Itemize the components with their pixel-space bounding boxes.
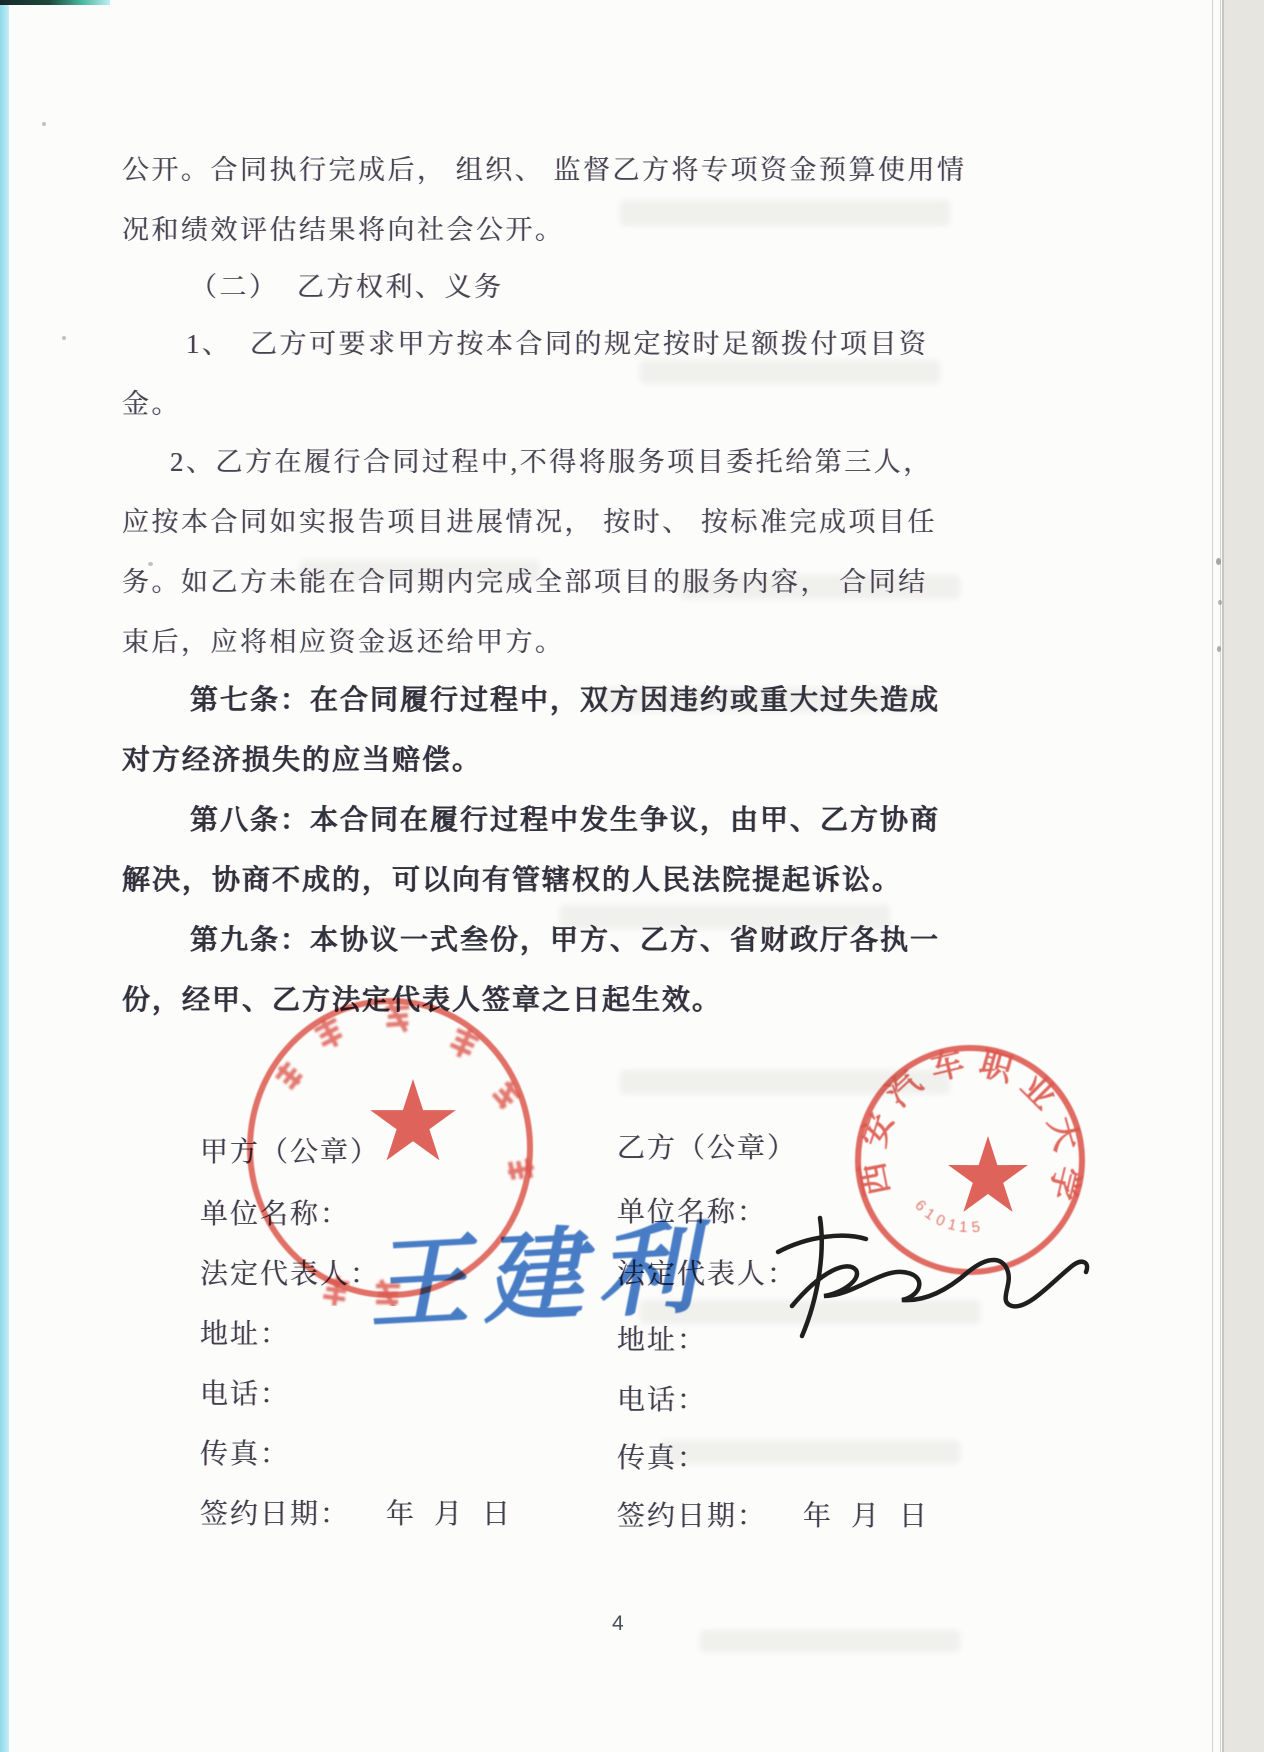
body-line: 2、乙方在履行合同过程中,不得将服务项目委托给第三人， — [170, 440, 933, 479]
scan-edge-right — [1222, 0, 1264, 1752]
body-line-bold: 解决，协商不成的，可以向有管辖权的人民法院提起诉讼。 — [122, 858, 902, 898]
torn-edge-speck — [1218, 600, 1222, 605]
dust-speck — [62, 336, 66, 340]
body-line: 束后，应将相应资金返还给甲方。 — [122, 620, 565, 659]
page-number: 4 — [612, 1612, 624, 1636]
party-a-signature: 王建利 — [364, 1187, 713, 1349]
party-a-sign-date: 签约日期： 年 月 日 — [200, 1492, 512, 1532]
party-a-fax-label: 传真： — [200, 1432, 290, 1472]
page-fold-line — [1212, 0, 1213, 1752]
body-line: 务。如乙方未能在合同期内完成全部项目的服务内容， 合同结 — [122, 560, 928, 599]
body-line-bold: 对方经济损失的应当赔偿。 — [122, 738, 482, 778]
body-line-bold: 第八条：本合同在履行过程中发生争议，由甲、乙方协商 — [190, 798, 940, 838]
body-line-bold: 第九条：本协议一式叁份，甲方、乙方、省财政厅各执一 — [190, 918, 940, 958]
party-a-phone-label: 电话： — [200, 1372, 290, 1412]
body-line: 应按本合同如实报告项目进展情况， 按时、 按标准完成项目任 — [122, 500, 937, 539]
body-line: 公开。合同执行完成后， 组织、 监督乙方将专项资金预算使用情 — [122, 148, 967, 187]
dust-speck — [42, 122, 46, 126]
body-line: 况和绩效评估结果将向社会公开。 — [122, 208, 565, 247]
party-b-sign-date: 签约日期： 年 月 日 — [617, 1494, 929, 1534]
page-edge-line — [1220, 0, 1221, 1752]
party-b-phone-label: 电话： — [617, 1378, 707, 1418]
body-line: （二） 乙方权利、义务 — [190, 265, 504, 304]
torn-edge-speck — [1216, 558, 1221, 565]
scan-edge-left — [0, 0, 9, 1752]
party-b-fax-label: 传真： — [617, 1436, 707, 1476]
party-b-signature — [752, 1208, 1096, 1348]
scanned-contract-page: 公开。合同执行完成后， 组织、 监督乙方将专项资金预算使用情 况和绩效评估结果将… — [0, 0, 1264, 1752]
star-icon — [370, 1079, 456, 1160]
party-a-address-label: 地址： — [200, 1312, 290, 1352]
torn-edge-speck — [1217, 646, 1221, 652]
scan-edge-top — [0, 0, 110, 5]
body-line: 金。 — [122, 382, 181, 421]
star-icon — [948, 1136, 1028, 1212]
body-line-bold: 第七条：在合同履行过程中，双方因违约或重大过失造成 — [190, 678, 940, 718]
bleedthrough-smudge — [640, 360, 940, 384]
party-b-title: 乙方（公章） — [617, 1126, 797, 1166]
bleedthrough-smudge — [620, 200, 950, 226]
bleedthrough-smudge — [700, 1630, 960, 1652]
body-line: 1、 乙方可要求甲方按本合同的规定按时足额拨付项目资 — [186, 322, 929, 361]
